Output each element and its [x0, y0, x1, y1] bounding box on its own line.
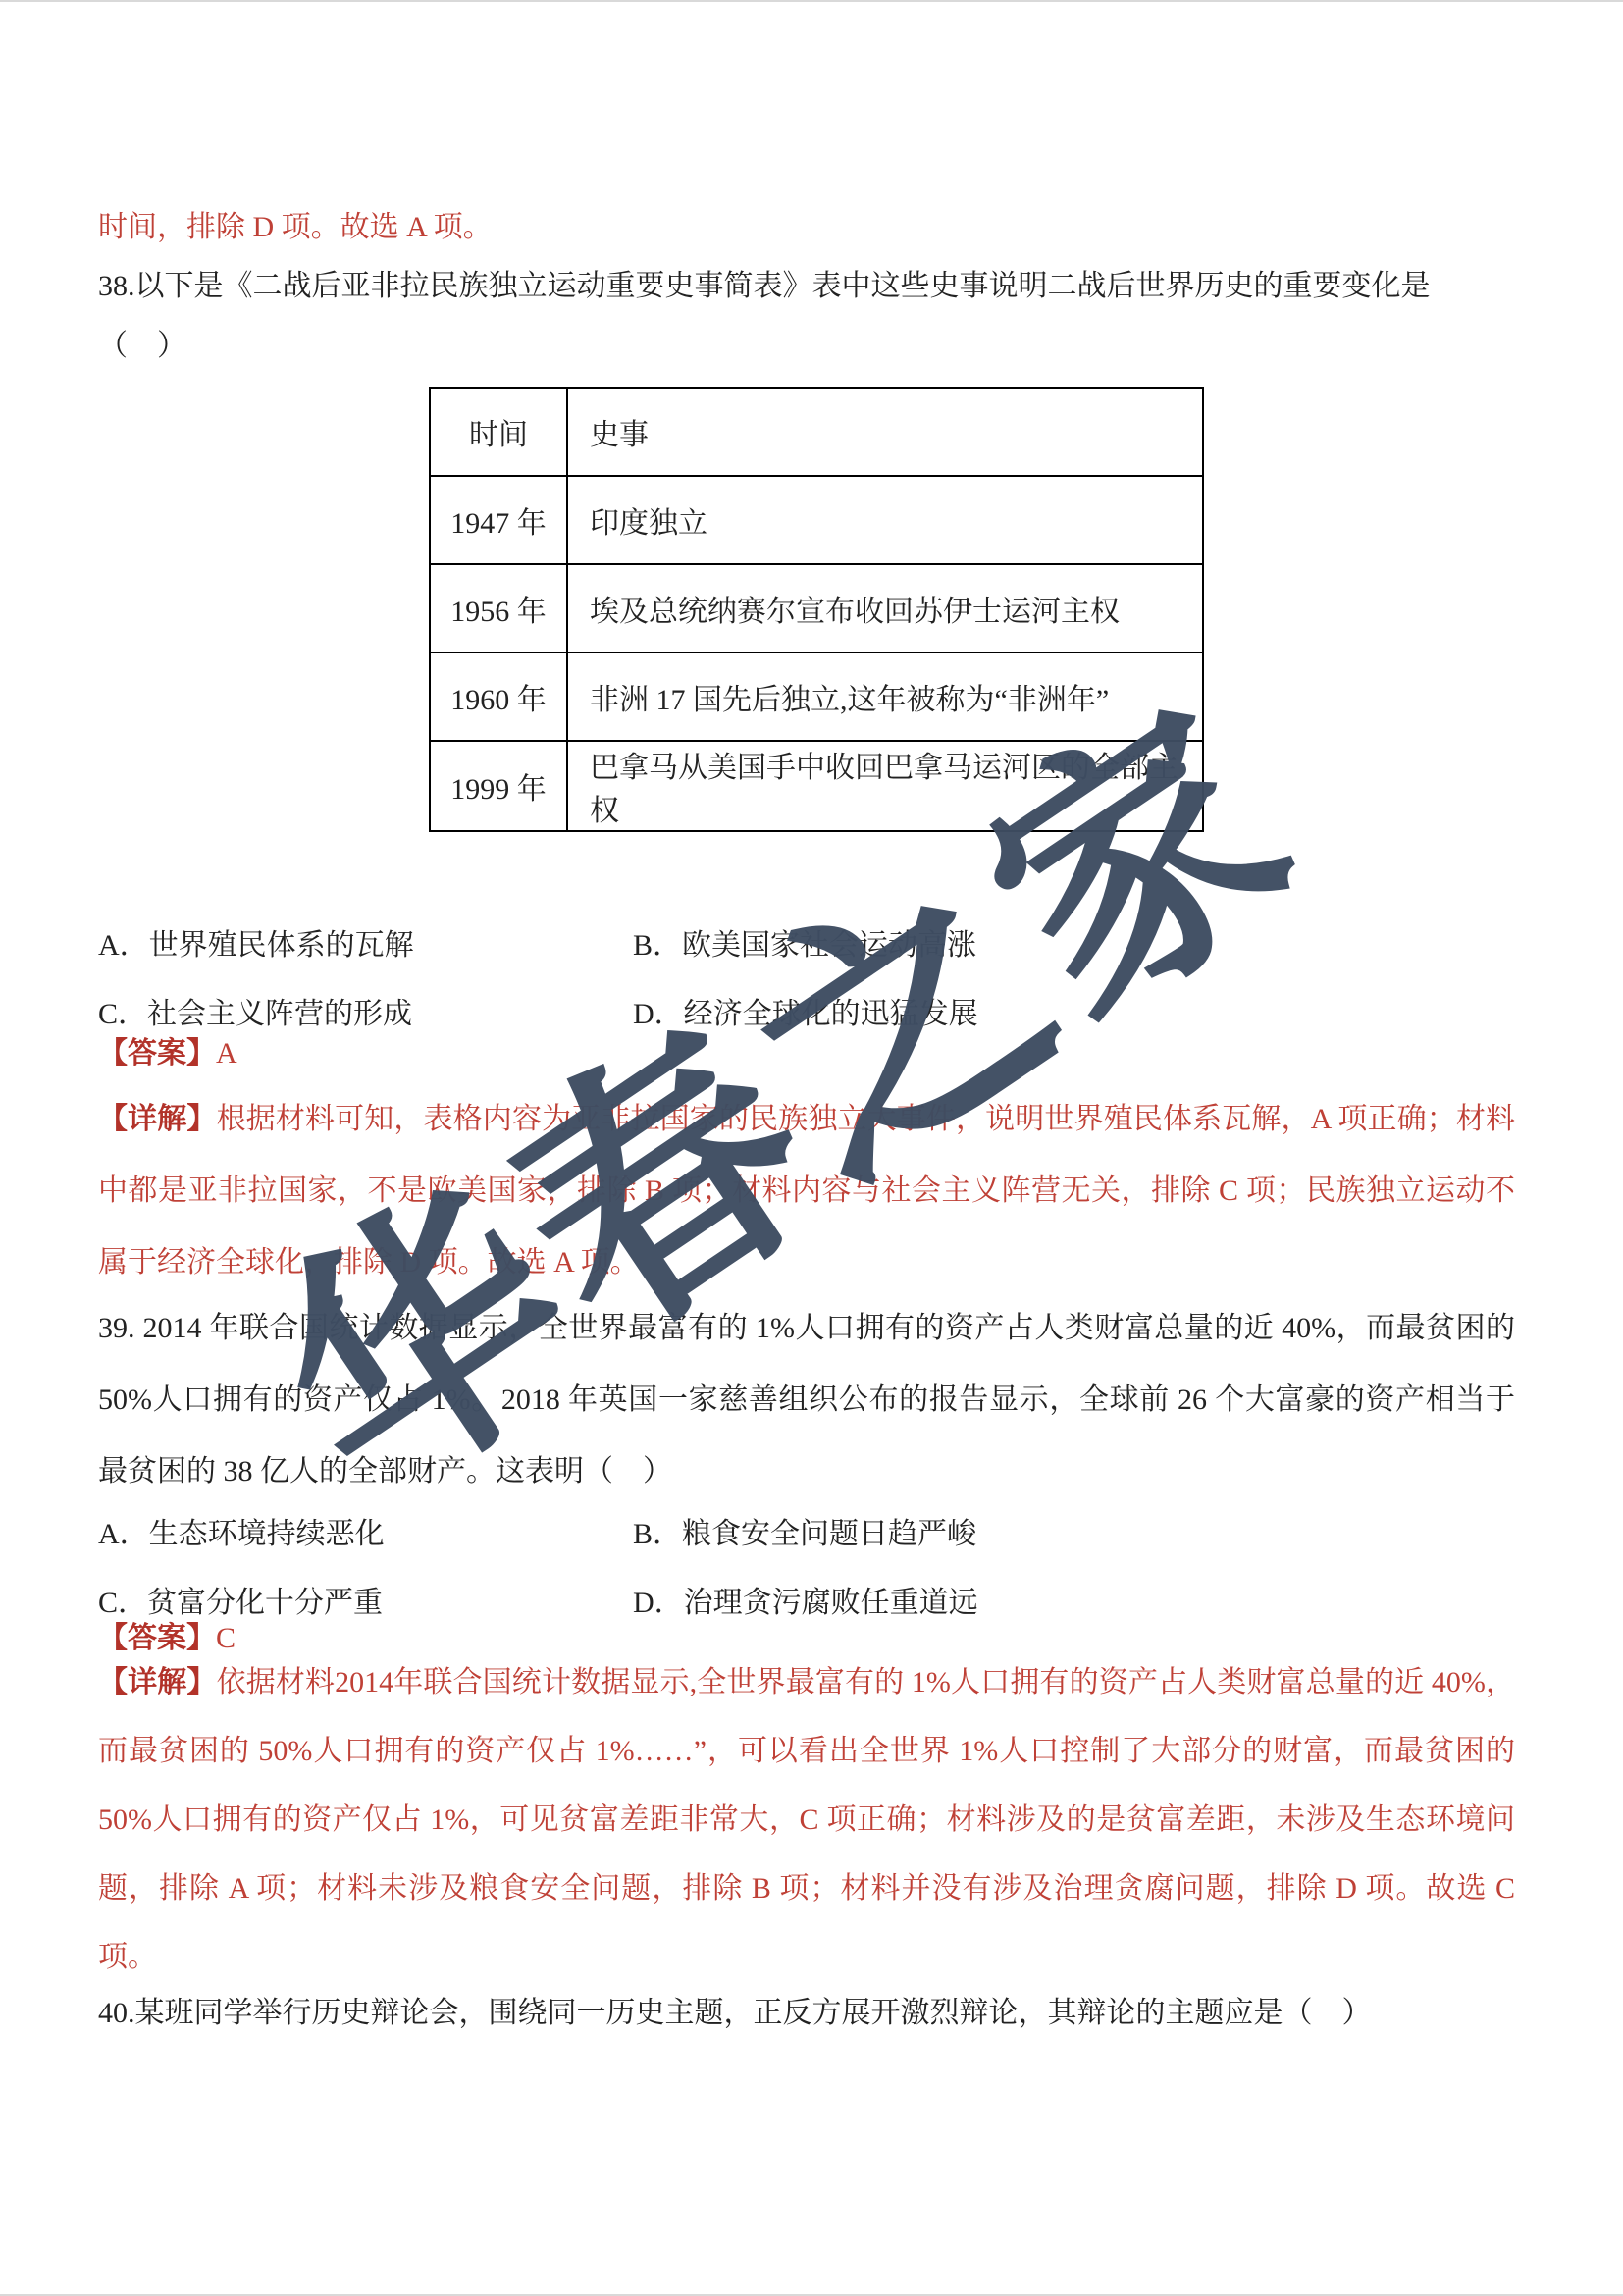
q39-analysis: 【详解】依据材料2014年联合国统计数据显示,全世界最富有的 1%人口拥有的资产… — [98, 1648, 1515, 1992]
prev-answer-tail-text: 时间，排除 D 项。故选 A 项。 — [98, 208, 1515, 247]
table-header-row: 时间 史事 — [430, 388, 1203, 476]
table-cell-year: 1999 年 — [430, 741, 567, 831]
q39-option-b: B．粮食安全问题日趋严峻 — [633, 1518, 1515, 1587]
q38-answer-value: A — [216, 1037, 237, 1070]
table-header-event: 史事 — [567, 388, 1203, 476]
table-row: 1947 年 印度独立 — [430, 476, 1203, 564]
answer-marker: 【答案】 — [98, 1037, 216, 1070]
q39-option-a: A．生态环境持续恶化 — [98, 1518, 633, 1587]
q39-analysis-text: 依据材料2014年联合国统计数据显示,全世界最富有的 1%人口拥有的资产占人类财… — [98, 1666, 1515, 1973]
detail-marker: 【详解】 — [98, 1103, 217, 1135]
q38-paren: （ ） — [98, 327, 1515, 366]
document-page: 时间，排除 D 项。故选 A 项。 38.以下是《二战后亚非拉民族独立运动重要史… — [0, 0, 1623, 2296]
q38-stem: 38.以下是《二战后亚非拉民族独立运动重要史事简表》表中这些史事说明二战后世界历… — [98, 267, 1515, 306]
detail-marker: 【详解】 — [98, 1666, 217, 1698]
table-cell-event: 印度独立 — [567, 476, 1203, 564]
table-cell-year: 1956 年 — [430, 564, 567, 652]
table-cell-year: 1960 年 — [430, 652, 567, 741]
q38-option-a: A．世界殖民体系的瓦解 — [98, 929, 633, 998]
q40-stem: 40.某班同学举行历史辩论会，围绕同一历史主题，正反方展开激烈辩论，其辩论的主题… — [98, 1994, 1515, 2033]
table-cell-year: 1947 年 — [430, 476, 567, 564]
table-header-time: 时间 — [430, 388, 567, 476]
